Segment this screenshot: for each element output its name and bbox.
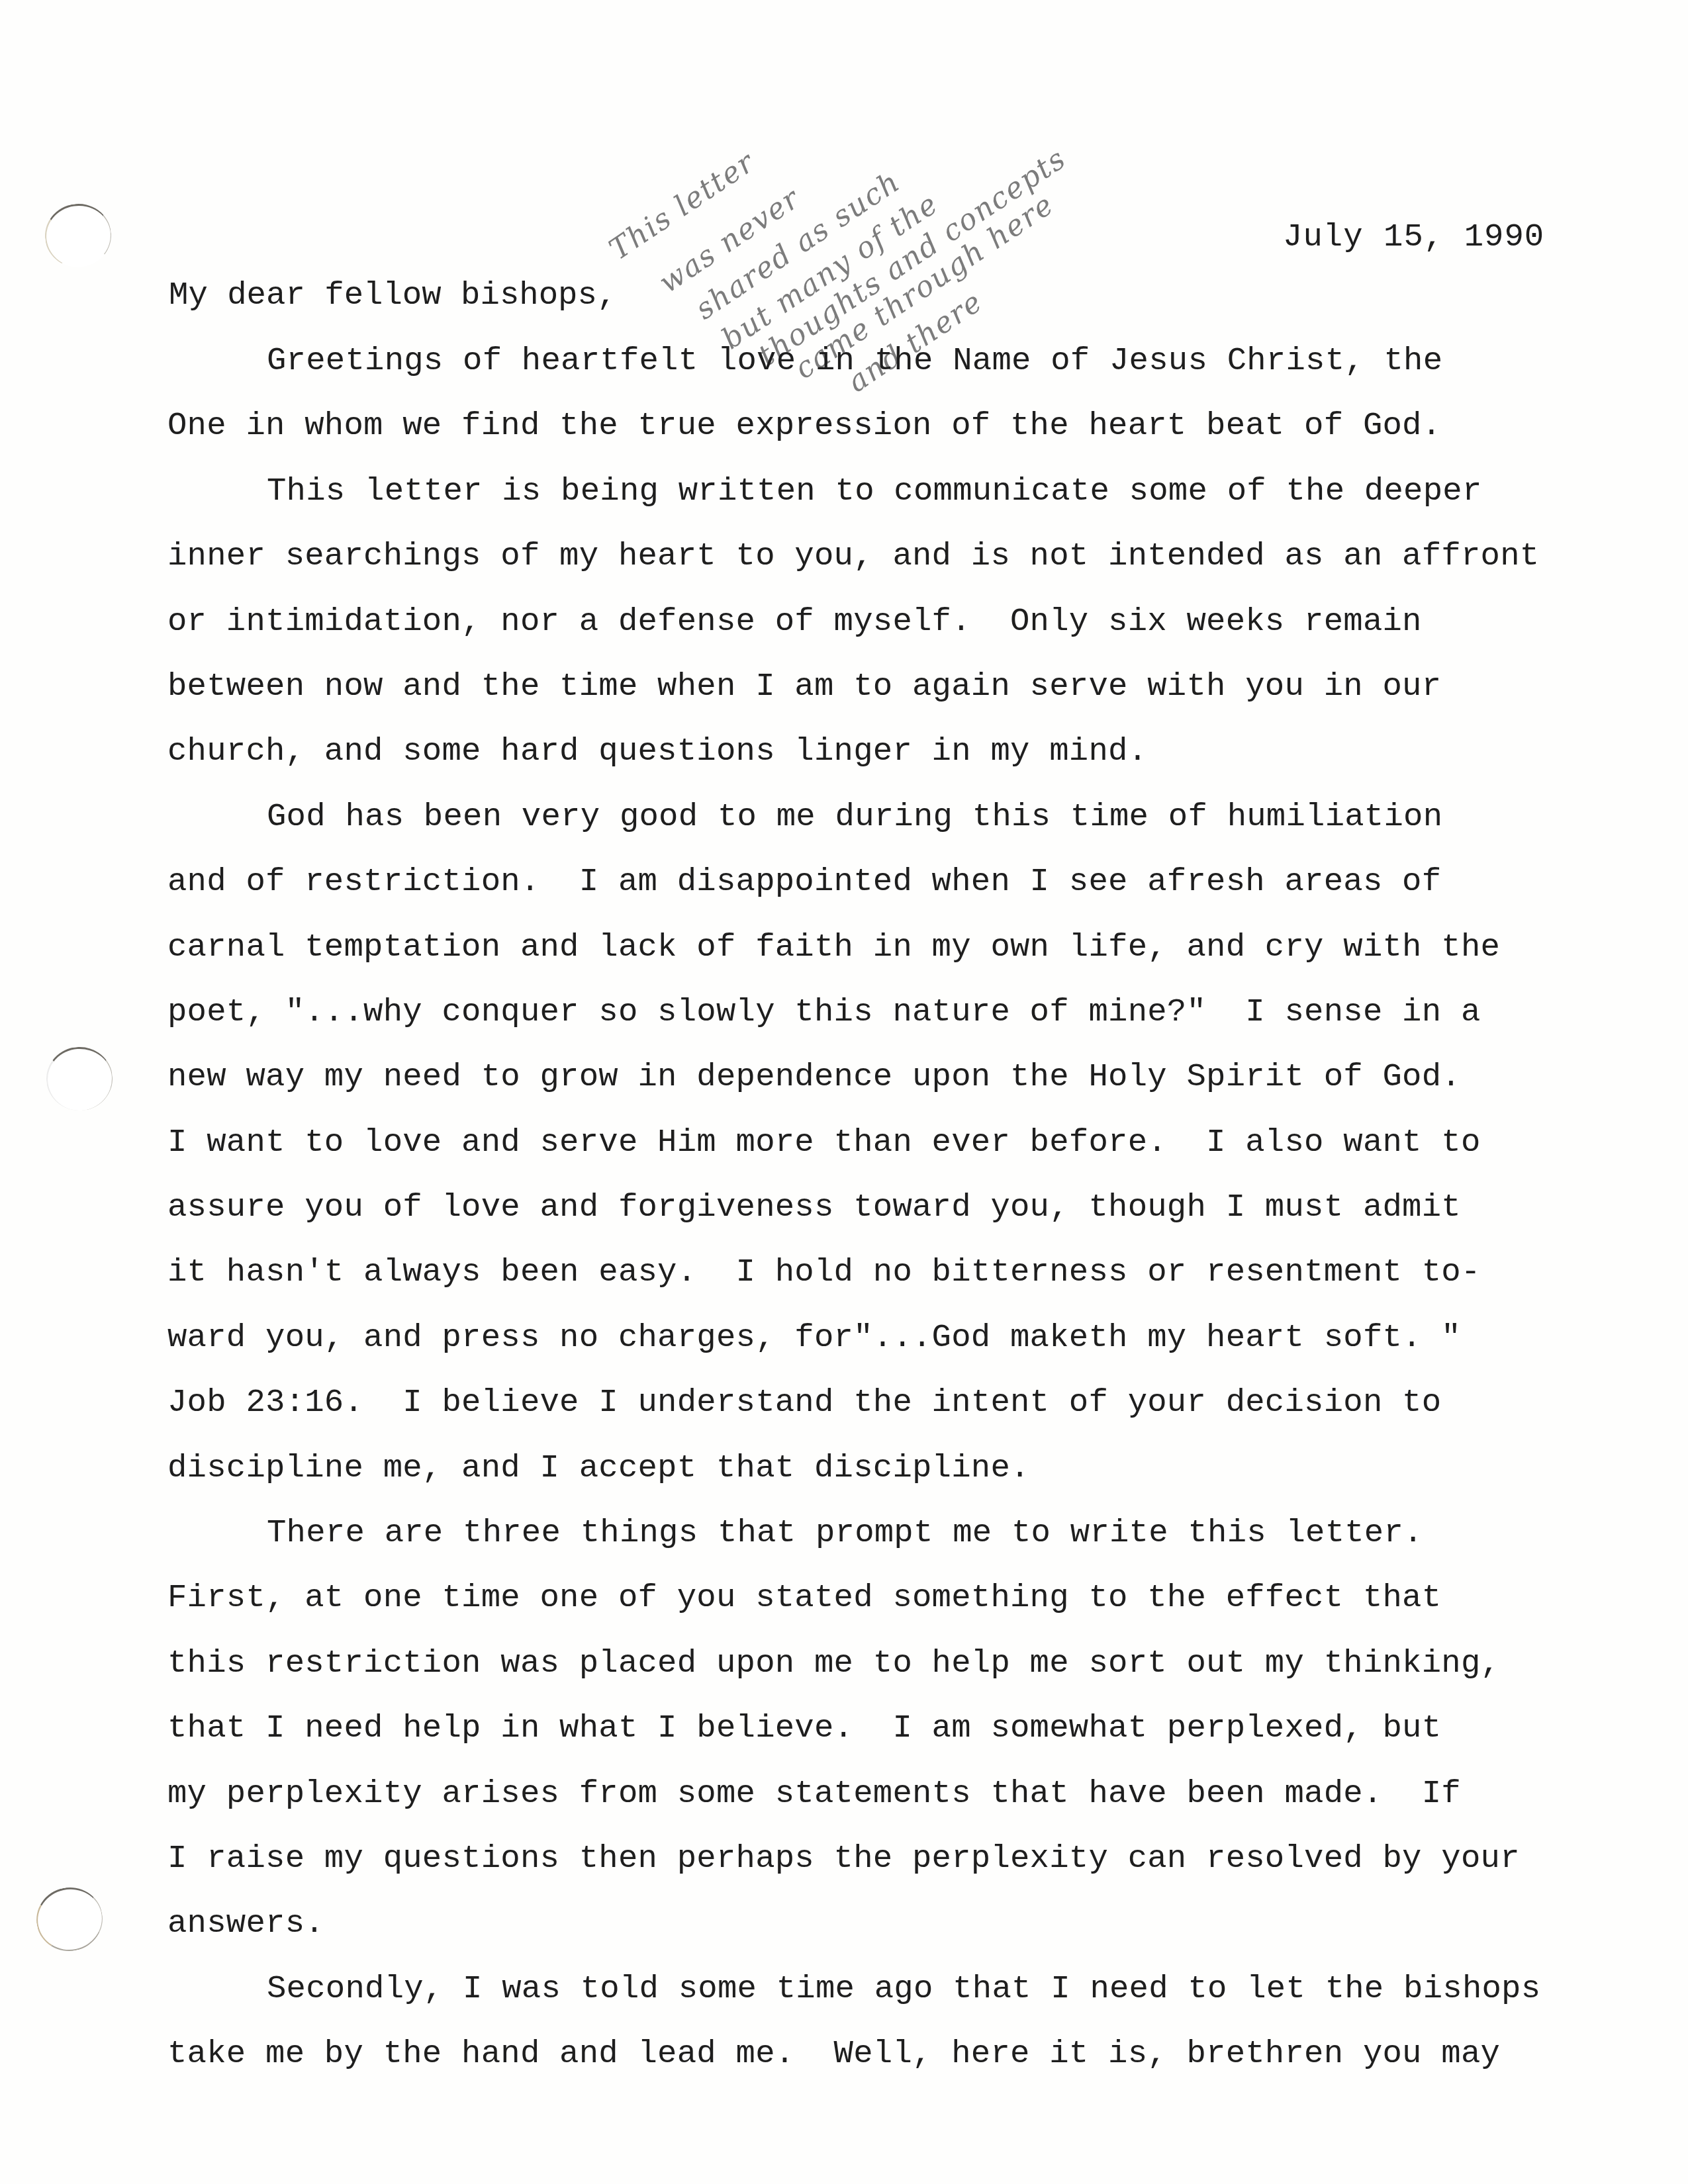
handwritten-note: This letter was never shared as such but… bbox=[596, 61, 1139, 339]
paragraph-first-line: God has been very good to me during this… bbox=[167, 797, 1591, 862]
text-line: church, and some hard questions linger i… bbox=[167, 731, 1591, 796]
binder-punch-hole bbox=[30, 1882, 109, 1958]
paragraph-first-line: There are three things that prompt me to… bbox=[167, 1513, 1591, 1578]
letter-page: This letter was never shared as such but… bbox=[0, 0, 1688, 2184]
text-line: answers. bbox=[167, 1903, 1591, 1968]
text-line: I raise my questions then perhaps the pe… bbox=[167, 1839, 1591, 1903]
letter-date: July 15, 1990 bbox=[1283, 218, 1544, 255]
text-line: my perplexity arises from some statement… bbox=[167, 1774, 1591, 1839]
binder-punch-hole bbox=[41, 200, 115, 272]
text-line: assure you of love and forgiveness towar… bbox=[167, 1187, 1591, 1252]
text-line: and of restriction. I am disappointed wh… bbox=[167, 862, 1591, 927]
text-line: poet, "...why conquer so slowly this nat… bbox=[167, 992, 1591, 1057]
text-line: it hasn't always been easy. I hold no bi… bbox=[167, 1252, 1591, 1317]
text-line: One in whom we find the true expression … bbox=[167, 406, 1591, 471]
text-line: First, at one time one of you stated som… bbox=[167, 1578, 1591, 1643]
binder-punch-hole bbox=[44, 1045, 115, 1113]
text-line: between now and the time when I am to ag… bbox=[167, 666, 1591, 731]
paragraph-first-line: Secondly, I was told some time ago that … bbox=[167, 1969, 1591, 2034]
text-line: ward you, and press no charges, for"...G… bbox=[167, 1318, 1591, 1383]
paragraph-first-line: This letter is being written to communic… bbox=[167, 471, 1591, 536]
text-line: this restriction was placed upon me to h… bbox=[167, 1643, 1591, 1708]
text-line: new way my need to grow in dependence up… bbox=[167, 1057, 1591, 1122]
text-line: that I need help in what I believe. I am… bbox=[167, 1708, 1591, 1773]
salutation: My dear fellow bishops, bbox=[169, 277, 616, 314]
text-line: Job 23:16. I believe I understand the in… bbox=[167, 1383, 1591, 1447]
text-line: inner searchings of my heart to you, and… bbox=[167, 536, 1591, 601]
paragraph-first-line: Greetings of heartfelt love in the Name … bbox=[167, 341, 1591, 406]
letter-body: Greetings of heartfelt love in the Name … bbox=[167, 341, 1591, 2099]
text-line: discipline me, and I accept that discipl… bbox=[167, 1448, 1591, 1513]
text-line: or intimidation, nor a defense of myself… bbox=[167, 602, 1591, 666]
text-line: take me by the hand and lead me. Well, h… bbox=[167, 2034, 1591, 2099]
text-line: I want to love and serve Him more than e… bbox=[167, 1122, 1591, 1187]
text-line: carnal temptation and lack of faith in m… bbox=[167, 927, 1591, 992]
